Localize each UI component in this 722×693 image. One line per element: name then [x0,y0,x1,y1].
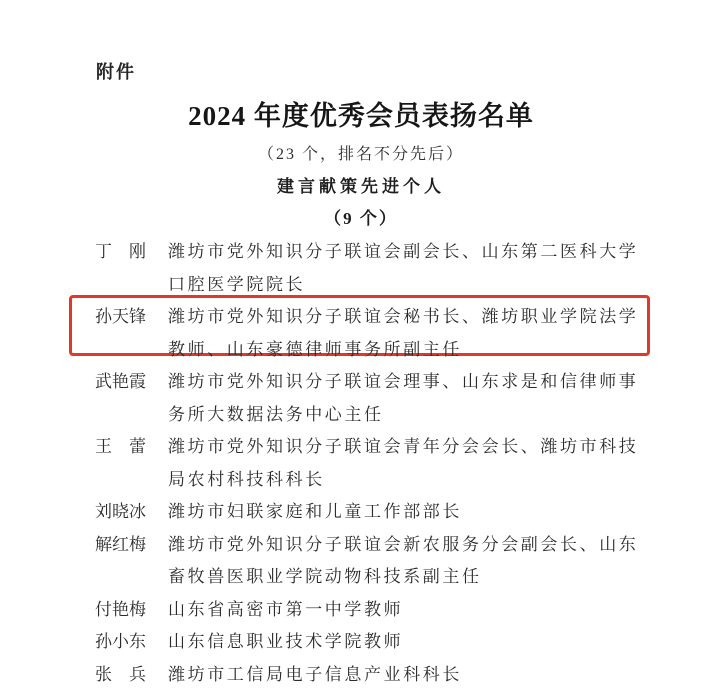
roster-entry: 张 兵 潍坊市工信局电子信息产业科科长 [95,659,655,692]
member-name: 丁 刚 [95,236,146,269]
member-titles: 潍坊市党外知识分子联谊会理事、山东求是和信律师事务所大数据法务中心主任 [168,366,646,431]
roster-entry: 刘晓冰 潍坊市妇联家庭和儿童工作部部长 [95,496,655,529]
roster-entry: 解红梅 潍坊市党外知识分子联谊会新农服务分会副会长、山东畜牧兽医职业学院动物科技… [95,529,655,594]
member-titles: 山东信息职业技术学院教师 [168,626,646,659]
member-name: 武艳霞 [95,366,146,399]
member-titles: 山东省高密市第一中学教师 [168,594,646,627]
document-page: 附件 2024 年度优秀会员表扬名单 （23 个，排名不分先后） 建言献策先进个… [0,0,722,693]
document-title: 2024 年度优秀会员表扬名单 [0,94,722,133]
roster-entry: 丁 刚 潍坊市党外知识分子联谊会副会长、山东第二医科大学口腔医学院院长 [95,236,655,301]
roster-entry: 付艳梅 山东省高密市第一中学教师 [95,594,655,627]
member-titles: 潍坊市妇联家庭和儿童工作部部长 [168,496,646,529]
member-name: 解红梅 [95,529,146,562]
member-titles: 潍坊市党外知识分子联谊会副会长、山东第二医科大学口腔医学院院长 [168,236,646,301]
member-name: 付艳梅 [95,594,146,627]
section-count: （9 个） [0,204,722,229]
roster-entry: 武艳霞 潍坊市党外知识分子联谊会理事、山东求是和信律师事务所大数据法务中心主任 [95,366,655,431]
member-titles: 潍坊市党外知识分子联谊会青年分会会长、潍坊市科技局农村科技科科长 [168,431,646,496]
member-name: 孙天锋 [95,301,146,334]
member-name: 张 兵 [95,659,146,692]
member-name: 孙小东 [95,626,146,659]
member-name: 刘晓冰 [95,496,146,529]
attachment-label: 附件 [96,58,136,84]
document-subtitle: （23 个，排名不分先后） [0,141,722,164]
member-name: 王 蕾 [95,431,146,464]
member-titles: 潍坊市工信局电子信息产业科科长 [168,659,646,692]
member-roster: 丁 刚 潍坊市党外知识分子联谊会副会长、山东第二医科大学口腔医学院院长 孙天锋 … [95,236,655,691]
member-titles: 潍坊市党外知识分子联谊会秘书长、潍坊职业学院法学教师、山东豪德律师事务所副主任 [168,301,646,366]
roster-entry-highlighted: 孙天锋 潍坊市党外知识分子联谊会秘书长、潍坊职业学院法学教师、山东豪德律师事务所… [95,301,655,366]
section-title: 建言献策先进个人 [0,172,722,197]
roster-entry: 王 蕾 潍坊市党外知识分子联谊会青年分会会长、潍坊市科技局农村科技科科长 [95,431,655,496]
member-titles: 潍坊市党外知识分子联谊会新农服务分会副会长、山东畜牧兽医职业学院动物科技系副主任 [168,529,646,594]
roster-entry: 孙小东 山东信息职业技术学院教师 [95,626,655,659]
